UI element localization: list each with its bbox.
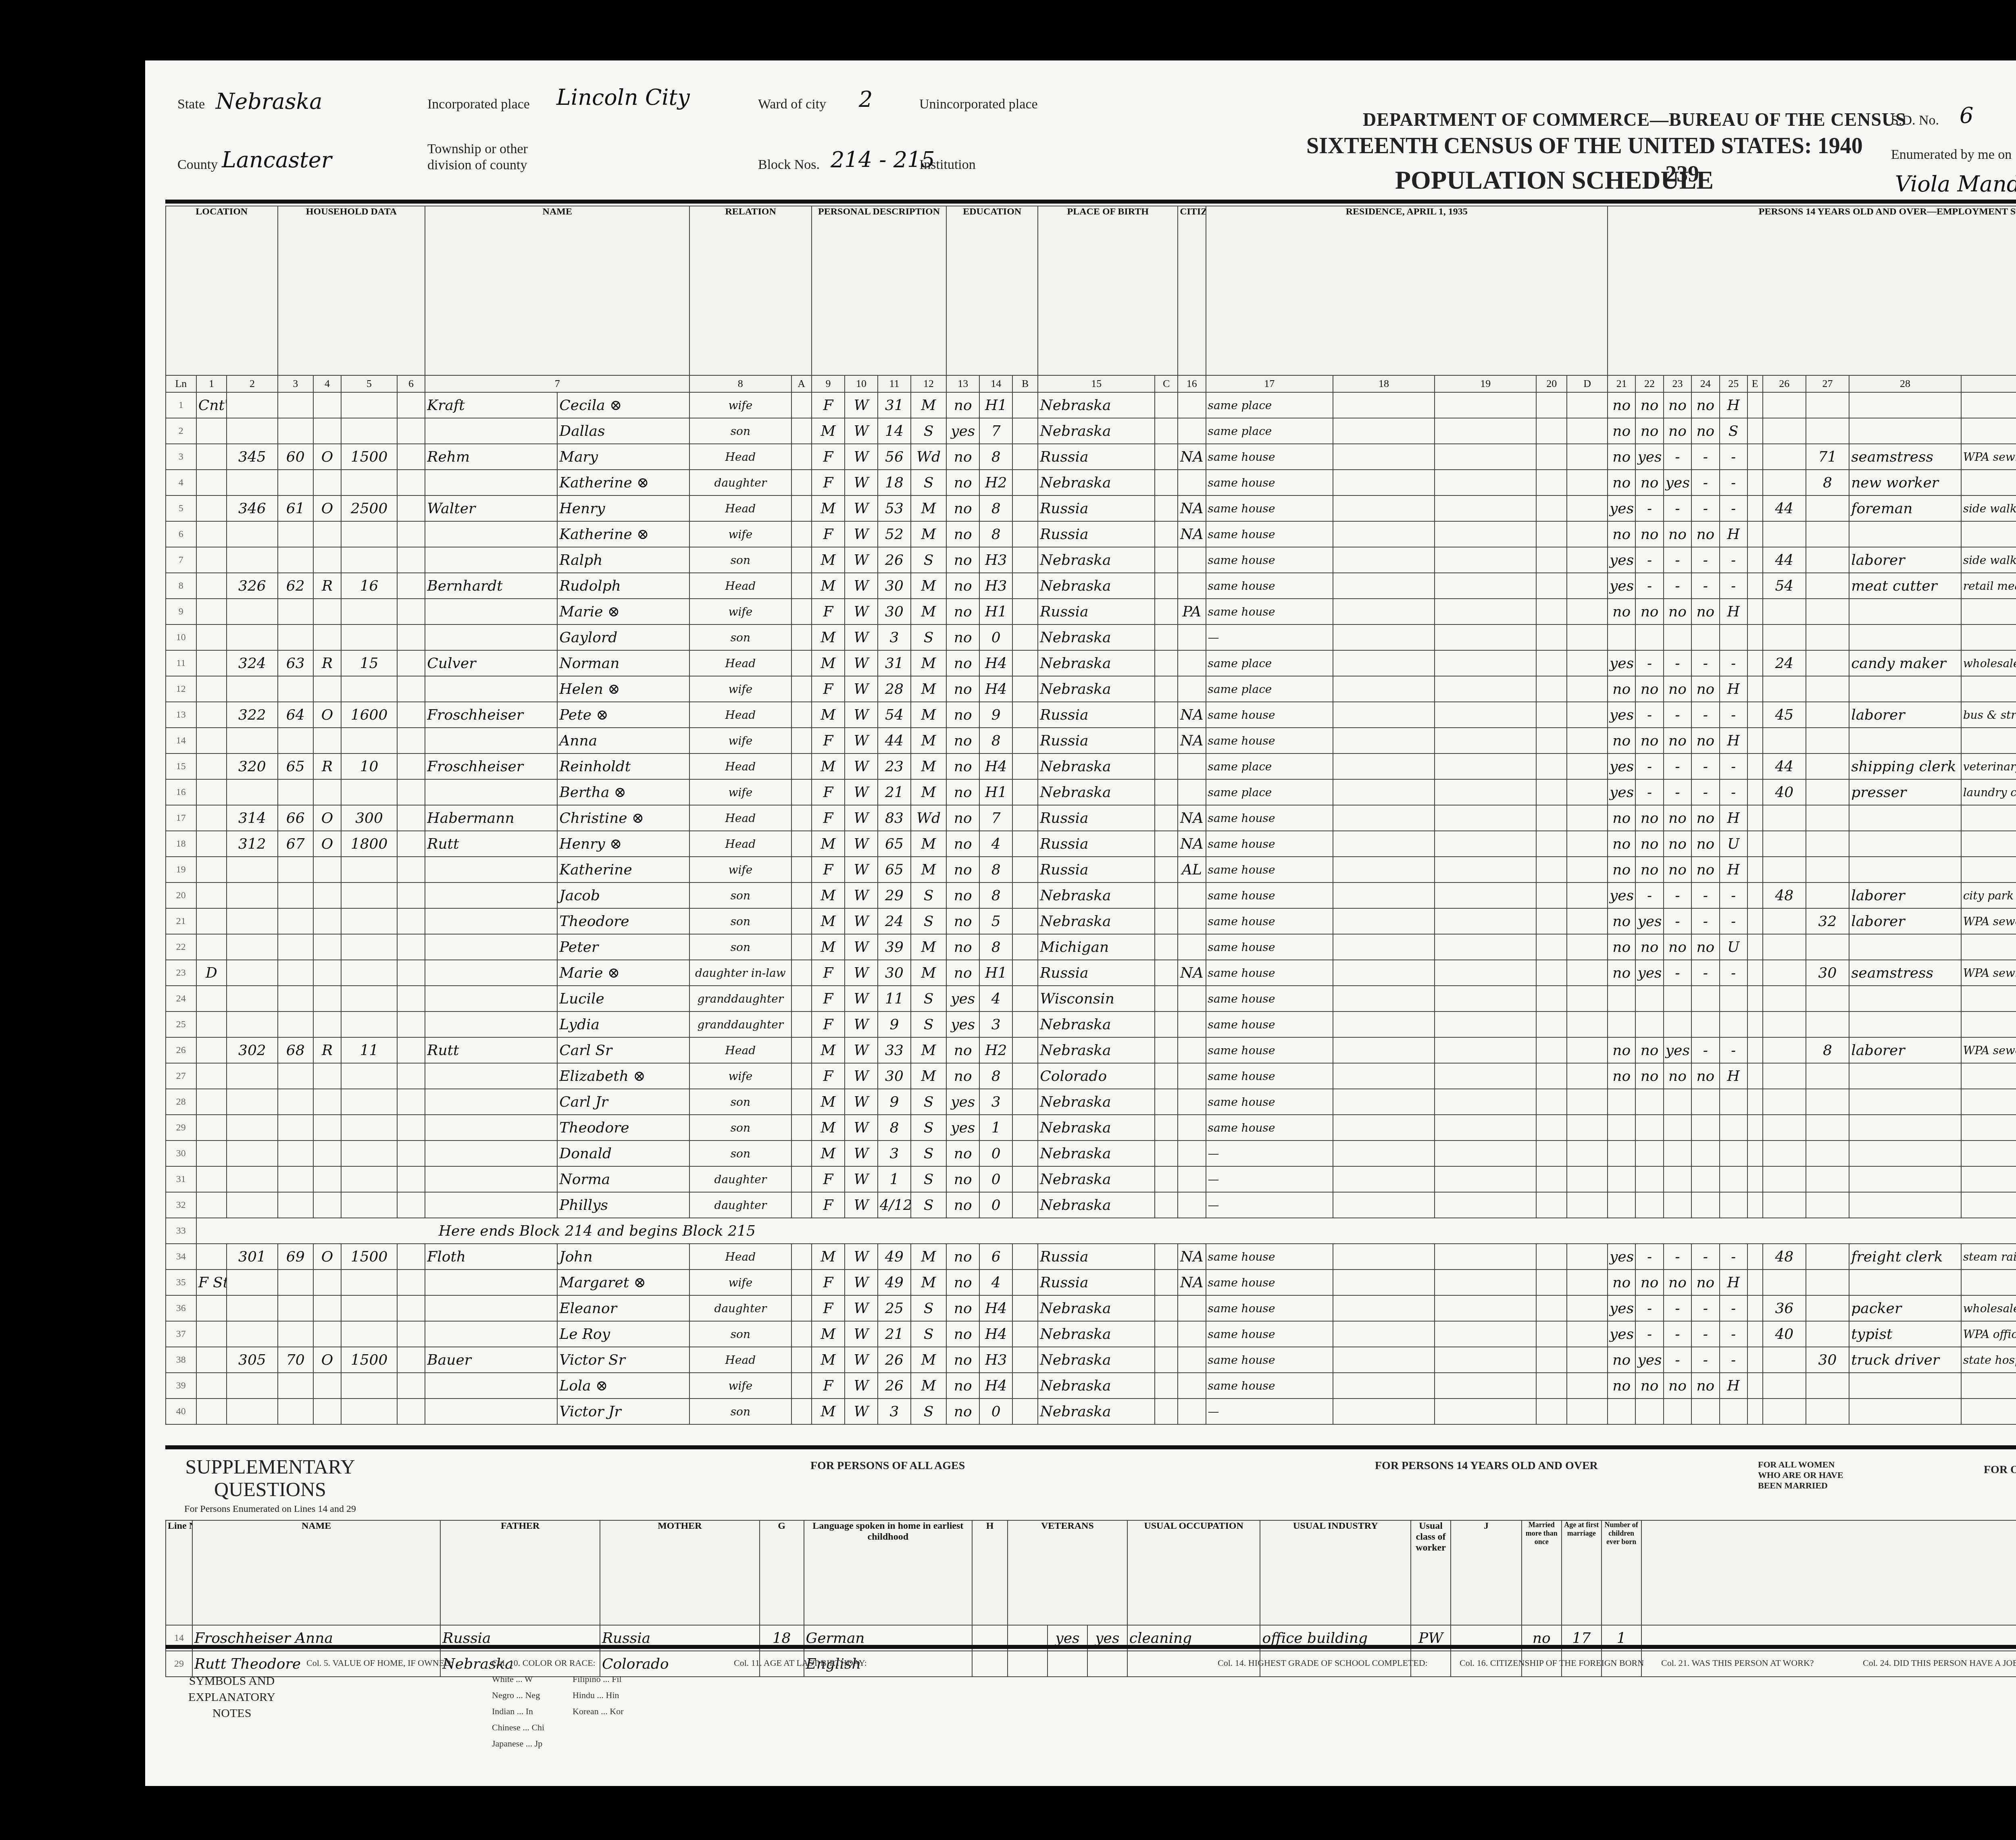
cell-res: same house: [1206, 547, 1333, 573]
cell-e24: -: [1691, 702, 1719, 728]
cell-own: [313, 1115, 341, 1141]
cell-codeD: [1567, 573, 1608, 599]
cell-e24: no: [1691, 676, 1719, 702]
cell-hours: [1763, 728, 1806, 753]
cell-e22: -: [1635, 883, 1663, 908]
cell-house: [227, 1115, 277, 1141]
cell-age: 29: [878, 883, 911, 908]
cell-e21: no: [1608, 1347, 1635, 1373]
cell-codeB: [1012, 650, 1038, 676]
cell-grade: H2: [979, 1037, 1012, 1063]
cell-farm35: [1536, 495, 1567, 521]
cell-county: [1333, 1012, 1435, 1037]
cell-hours: [1763, 1037, 1806, 1063]
cell-farm: [397, 986, 425, 1012]
cell-birthplace: Nebraska: [1038, 908, 1155, 934]
cell-line: 6: [166, 521, 196, 547]
cell-farm35: [1536, 702, 1567, 728]
cell-sex: F: [812, 599, 845, 624]
cell-birthplace: Nebraska: [1038, 1012, 1155, 1037]
col-num: C: [1155, 375, 1178, 392]
cell-surname: [425, 986, 557, 1012]
cell-codeE: [1747, 470, 1763, 495]
cell-res: same house: [1206, 1037, 1333, 1063]
cell-e21: yes: [1608, 883, 1635, 908]
cell-codeE: [1747, 1166, 1763, 1192]
cell-res: same house: [1206, 831, 1333, 857]
cell-house: [227, 1270, 277, 1295]
cell-surname: [425, 676, 557, 702]
cell-weeks_unemp: [1806, 392, 1849, 418]
cell-codeB: [1012, 1063, 1038, 1089]
cell-weeks_unemp: [1806, 1399, 1849, 1424]
cell-industry: WPA sewerage project: [1961, 908, 2016, 934]
cell-farm: [397, 1063, 425, 1089]
cell-line: 19: [166, 857, 196, 883]
cell-occupation: [1849, 857, 1961, 883]
cell-codeD: [1567, 1399, 1608, 1424]
cell-e22: no: [1635, 1270, 1663, 1295]
cell-farm: [397, 883, 425, 908]
cell-sex: M: [812, 650, 845, 676]
cell-value: [341, 624, 397, 650]
cell-grade: 5: [979, 908, 1012, 934]
cell-relation: Head: [689, 831, 791, 857]
cell-street: [196, 1321, 227, 1347]
cell-e24: -: [1691, 908, 1719, 934]
supp-age-first-header: Age at first marriage: [1562, 1520, 1602, 1625]
cell-occupation: shipping clerk: [1849, 753, 1961, 779]
cell-e21: [1608, 1012, 1635, 1037]
race-code-2: Indian ... In: [492, 1705, 533, 1717]
cell-e25: [1720, 1115, 1747, 1141]
ward-label: Ward of city: [758, 97, 826, 112]
cell-given: Lydia: [557, 1012, 689, 1037]
cell-surname: [425, 1166, 557, 1192]
cell-sex: M: [812, 831, 845, 857]
cell-res: same house: [1206, 883, 1333, 908]
cell-grade: 7: [979, 805, 1012, 831]
cell-e25: -: [1720, 960, 1747, 986]
cell-state: [1435, 960, 1536, 986]
cell-sex: F: [812, 1012, 845, 1037]
cell-codeB: [1012, 779, 1038, 805]
cell-grade: 0: [979, 1166, 1012, 1192]
cell-farm35: [1536, 1192, 1567, 1218]
cell-grade: H3: [979, 547, 1012, 573]
cell-industry: [1961, 676, 2016, 702]
cell-codeD: [1567, 960, 1608, 986]
cell-hh: [278, 1012, 313, 1037]
cell-hours: [1763, 1141, 1806, 1166]
cell-line: 39: [166, 1373, 196, 1399]
cell-given: Jacob: [557, 883, 689, 908]
cell-county: [1333, 1373, 1435, 1399]
cell-occupation: [1849, 521, 1961, 547]
cell-marital: M: [911, 495, 946, 521]
cell-grade: 3: [979, 1012, 1012, 1037]
cell-state: [1435, 728, 1536, 753]
cell-race: W: [845, 650, 878, 676]
cell-codeE: [1747, 805, 1763, 831]
cell-race: W: [845, 934, 878, 960]
cell-farm: [397, 1166, 425, 1192]
supp-language-header: Language spoken in home in earliest chil…: [804, 1520, 973, 1625]
cell-e25: -: [1720, 1244, 1747, 1270]
cell-industry: WPA office: [1961, 1321, 2016, 1347]
cell-marital: S: [911, 1399, 946, 1424]
cell-res: same house: [1206, 805, 1333, 831]
cell-codeE: [1747, 573, 1763, 599]
cell-grade: H4: [979, 676, 1012, 702]
cell-e24: -: [1691, 1295, 1719, 1321]
cell-school: no: [946, 547, 979, 573]
cell-e23: [1664, 1012, 1691, 1037]
cell-sex: M: [812, 1037, 845, 1063]
cell-industry: laundry company: [1961, 779, 2016, 805]
cell-race: W: [845, 1373, 878, 1399]
cell-grade: 8: [979, 521, 1012, 547]
cell-age: 24: [878, 908, 911, 934]
cell-e23: -: [1664, 650, 1691, 676]
cell-codeB: [1012, 1244, 1038, 1270]
cell-sex: M: [812, 1399, 845, 1424]
cell-codeC: [1155, 676, 1178, 702]
cell-house: [227, 908, 277, 934]
note-col16: Col. 16. CITIZENSHIP OF THE FOREIGN BORN: [1460, 1657, 1644, 1669]
cell-marital: M: [911, 392, 946, 418]
cell-surname: [425, 470, 557, 495]
cell-codeA: [791, 831, 812, 857]
cell-surname: Kraft: [425, 392, 557, 418]
cell-weeks_unemp: 32: [1806, 908, 1849, 934]
col-num: 14: [979, 375, 1012, 392]
cell-state: [1435, 1373, 1536, 1399]
cell-race: W: [845, 1012, 878, 1037]
cell-cit: NA: [1178, 831, 1206, 857]
cell-e24: -: [1691, 444, 1719, 470]
cell-codeA: [791, 547, 812, 573]
cell-codeE: [1747, 495, 1763, 521]
cell-codeB: [1012, 1295, 1038, 1321]
cell-age: 44: [878, 728, 911, 753]
cell-farm35: [1536, 986, 1567, 1012]
cell-e21: no: [1608, 521, 1635, 547]
col-num: 18: [1333, 375, 1435, 392]
cell-e21: yes: [1608, 495, 1635, 521]
cell-codeE: [1747, 1012, 1763, 1037]
cell-given: Katherine: [557, 857, 689, 883]
col-num: 3: [278, 375, 313, 392]
cell-e23: [1664, 1166, 1691, 1192]
supp-name-header: NAME: [192, 1520, 440, 1625]
table-row: 35F StreetMargaret ⊗wifeFW49Mno4RussiaNA…: [166, 1270, 2016, 1295]
cell-occupation: seamstress: [1849, 960, 1961, 986]
cell-farm35: [1536, 444, 1567, 470]
cell-house: [227, 599, 277, 624]
cell-surname: [425, 624, 557, 650]
cell-occupation: [1849, 392, 1961, 418]
over14-heading: FOR PERSONS 14 YEARS OLD AND OVER: [1375, 1459, 1598, 1472]
cell-cit: [1178, 624, 1206, 650]
cell-codeE: [1747, 883, 1763, 908]
cell-e21: yes: [1608, 1295, 1635, 1321]
cell-own: [313, 1141, 341, 1166]
cell-codeD: [1567, 908, 1608, 934]
cell-sex: M: [812, 908, 845, 934]
cell-e22: -: [1635, 753, 1663, 779]
note-col24: Col. 24. DID THIS PERSON HAVE A JOB?: [1863, 1657, 2016, 1669]
cell-e25: -: [1720, 908, 1747, 934]
cell-farm: [397, 1012, 425, 1037]
cell-own: [313, 1166, 341, 1192]
cell-e25: H: [1720, 1373, 1747, 1399]
cell-county: [1333, 470, 1435, 495]
cell-codeB: [1012, 1166, 1038, 1192]
cell-line: 32: [166, 1192, 196, 1218]
cell-state: [1435, 418, 1536, 444]
cell-birthplace: Nebraska: [1038, 1347, 1155, 1373]
header-rule: [165, 200, 2016, 204]
cell-marital: S: [911, 986, 946, 1012]
cell-codeA: [791, 779, 812, 805]
cell-cit: NA: [1178, 960, 1206, 986]
cell-e24: [1691, 1192, 1719, 1218]
col-num: 26: [1763, 375, 1806, 392]
cell-given: Theodore: [557, 1115, 689, 1141]
cell-e25: U: [1720, 831, 1747, 857]
cell-codeB: [1012, 702, 1038, 728]
cell-marital: M: [911, 702, 946, 728]
table-row: 1332264O1600FroschheiserPete ⊗HeadMW54Mn…: [166, 702, 2016, 728]
cell-cit: [1178, 1295, 1206, 1321]
cell-value: 2500: [341, 495, 397, 521]
cell-cit: [1178, 883, 1206, 908]
cell-e23: no: [1664, 599, 1691, 624]
cell-house: [227, 857, 277, 883]
race-code-3: Chinese ... Chi: [492, 1721, 544, 1734]
supp-office-header: [1641, 1520, 2016, 1625]
cell-own: [313, 470, 341, 495]
cell-sex: M: [812, 753, 845, 779]
supp-cell-ss2: [1087, 1651, 1127, 1677]
cell-e25: -: [1720, 779, 1747, 805]
cell-marital: S: [911, 1192, 946, 1218]
cell-farm35: [1536, 676, 1567, 702]
cell-codeB: [1012, 1321, 1038, 1347]
cell-codeB: [1012, 1192, 1038, 1218]
cell-e22: no: [1635, 521, 1663, 547]
cell-given: Donald: [557, 1141, 689, 1166]
cell-surname: Rutt: [425, 1037, 557, 1063]
cell-value: [341, 986, 397, 1012]
place-of-birth-header: PLACE OF BIRTH: [1038, 206, 1178, 375]
cell-codeD: [1567, 1244, 1608, 1270]
cell-codeB: [1012, 883, 1038, 908]
cell-occupation: [1849, 1115, 1961, 1141]
cell-surname: [425, 1321, 557, 1347]
cell-industry: [1961, 1012, 2016, 1037]
cell-given: Peter: [557, 934, 689, 960]
supplementary-title: SUPPLEMENTARY QUESTIONS: [177, 1455, 363, 1501]
cell-industry: [1961, 1089, 2016, 1115]
cell-e24: -: [1691, 470, 1719, 495]
cell-own: R: [313, 1037, 341, 1063]
cell-state: [1435, 1244, 1536, 1270]
cell-given: Cecila ⊗: [557, 392, 689, 418]
cell-e22: -: [1635, 495, 1663, 521]
cell-own: O: [313, 1244, 341, 1270]
cell-e21: [1608, 1141, 1635, 1166]
cell-e23: no: [1664, 857, 1691, 883]
cell-race: W: [845, 676, 878, 702]
cell-farm35: [1536, 650, 1567, 676]
cell-cit: NA: [1178, 495, 1206, 521]
table-group-header: LOCATION HOUSEHOLD DATA NAME RELATION PE…: [166, 206, 2016, 375]
cell-farm: [397, 1192, 425, 1218]
cell-res: same place: [1206, 418, 1333, 444]
cell-own: [313, 728, 341, 753]
cell-marital: S: [911, 1295, 946, 1321]
cell-street: [196, 1166, 227, 1192]
cell-e22: -: [1635, 702, 1663, 728]
cell-relation: Head: [689, 1347, 791, 1373]
cell-res: same house: [1206, 1347, 1333, 1373]
cell-house: [227, 1141, 277, 1166]
cell-e21: yes: [1608, 1321, 1635, 1347]
cell-value: 16: [341, 573, 397, 599]
cell-relation: wife: [689, 392, 791, 418]
cell-codeA: [791, 650, 812, 676]
supp-father-header: FATHER: [440, 1520, 600, 1625]
cell-race: W: [845, 728, 878, 753]
cell-codeE: [1747, 702, 1763, 728]
col-num: 9: [812, 375, 845, 392]
cell-street: [196, 728, 227, 753]
cell-res: same house: [1206, 908, 1333, 934]
cell-house: [227, 392, 277, 418]
cell-e22: no: [1635, 599, 1663, 624]
cell-race: W: [845, 1166, 878, 1192]
cell-weeks_unemp: [1806, 831, 1849, 857]
cell-state: [1435, 934, 1536, 960]
cell-weeks_unemp: [1806, 1063, 1849, 1089]
cell-occupation: [1849, 1012, 1961, 1037]
cell-codeA: [791, 1012, 812, 1037]
cell-codeC: [1155, 1037, 1178, 1063]
cell-codeA: [791, 444, 812, 470]
table-row: 25LydiagranddaughterFW9Syes3Nebraskasame…: [166, 1012, 2016, 1037]
cell-race: W: [845, 883, 878, 908]
cell-weeks_unemp: [1806, 1192, 1849, 1218]
cell-farm: [397, 1399, 425, 1424]
cell-street: [196, 495, 227, 521]
cell-age: 21: [878, 779, 911, 805]
cell-race: W: [845, 702, 878, 728]
cell-e25: -: [1720, 444, 1747, 470]
cell-cit: NA: [1178, 728, 1206, 753]
cell-industry: [1961, 1115, 2016, 1141]
cell-street: [196, 1037, 227, 1063]
cell-codeD: [1567, 599, 1608, 624]
table-row: 1532065R10FroschheiserReinholdtHeadMW23M…: [166, 753, 2016, 779]
cell-industry: [1961, 1399, 2016, 1424]
cell-codeD: [1567, 1270, 1608, 1295]
table-row: 33Here ends Block 214 and begins Block 2…: [166, 1218, 2016, 1244]
cell-e24: [1691, 986, 1719, 1012]
cell-age: 3: [878, 1399, 911, 1424]
cell-codeC: [1155, 753, 1178, 779]
cell-codeD: [1567, 495, 1608, 521]
cell-e25: -: [1720, 753, 1747, 779]
cell-school: no: [946, 444, 979, 470]
cell-codeB: [1012, 521, 1038, 547]
cell-school: no: [946, 1244, 979, 1270]
cell-e22: no: [1635, 1063, 1663, 1089]
cell-e24: -: [1691, 1321, 1719, 1347]
cell-relation: son: [689, 1141, 791, 1166]
cell-res: same house: [1206, 1089, 1333, 1115]
cell-marital: M: [911, 1373, 946, 1399]
employment-status-header: PERSONS 14 YEARS OLD AND OVER—EMPLOYMENT…: [1608, 206, 2016, 375]
cell-state: [1435, 676, 1536, 702]
cell-race: W: [845, 1115, 878, 1141]
cell-own: [313, 1063, 341, 1089]
cell-street: [196, 1373, 227, 1399]
cell-own: [313, 934, 341, 960]
cell-marital: S: [911, 1012, 946, 1037]
cell-house: [227, 934, 277, 960]
cell-e23: -: [1664, 779, 1691, 805]
cell-e25: -: [1720, 883, 1747, 908]
cell-birthplace: Nebraska: [1038, 1192, 1155, 1218]
cell-surname: Habermann: [425, 805, 557, 831]
cell-state: [1435, 702, 1536, 728]
cell-house: 312: [227, 831, 277, 857]
cell-sex: M: [812, 934, 845, 960]
line-number: 33: [166, 1218, 196, 1244]
cell-own: [313, 418, 341, 444]
cell-hours: [1763, 986, 1806, 1012]
col-num: 24: [1691, 375, 1719, 392]
cell-weeks_unemp: [1806, 547, 1849, 573]
cell-weeks_unemp: [1806, 521, 1849, 547]
cell-occupation: [1849, 1089, 1961, 1115]
col-num: Ln: [166, 375, 196, 392]
cell-marital: S: [911, 1141, 946, 1166]
cell-codeC: [1155, 650, 1178, 676]
cell-value: 1600: [341, 702, 397, 728]
cell-res: —: [1206, 1141, 1333, 1166]
cell-codeD: [1567, 1063, 1608, 1089]
cell-e25: [1720, 1399, 1747, 1424]
cell-own: O: [313, 1347, 341, 1373]
cell-codeE: [1747, 908, 1763, 934]
cell-race: W: [845, 521, 878, 547]
cell-farm: [397, 934, 425, 960]
cell-e25: H: [1720, 676, 1747, 702]
cell-codeA: [791, 1141, 812, 1166]
table-row: 1132463R15CulverNormanHeadMW31MnoH4Nebra…: [166, 650, 2016, 676]
cell-farm35: [1536, 883, 1567, 908]
cell-birthplace: Nebraska: [1038, 1141, 1155, 1166]
table-row: 27Elizabeth ⊗wifeFW30Mno8Coloradosame ho…: [166, 1063, 2016, 1089]
cell-grade: H3: [979, 573, 1012, 599]
cell-weeks_unemp: 30: [1806, 1347, 1849, 1373]
cell-e22: [1635, 1399, 1663, 1424]
cell-county: [1333, 857, 1435, 883]
cell-codeC: [1155, 1192, 1178, 1218]
